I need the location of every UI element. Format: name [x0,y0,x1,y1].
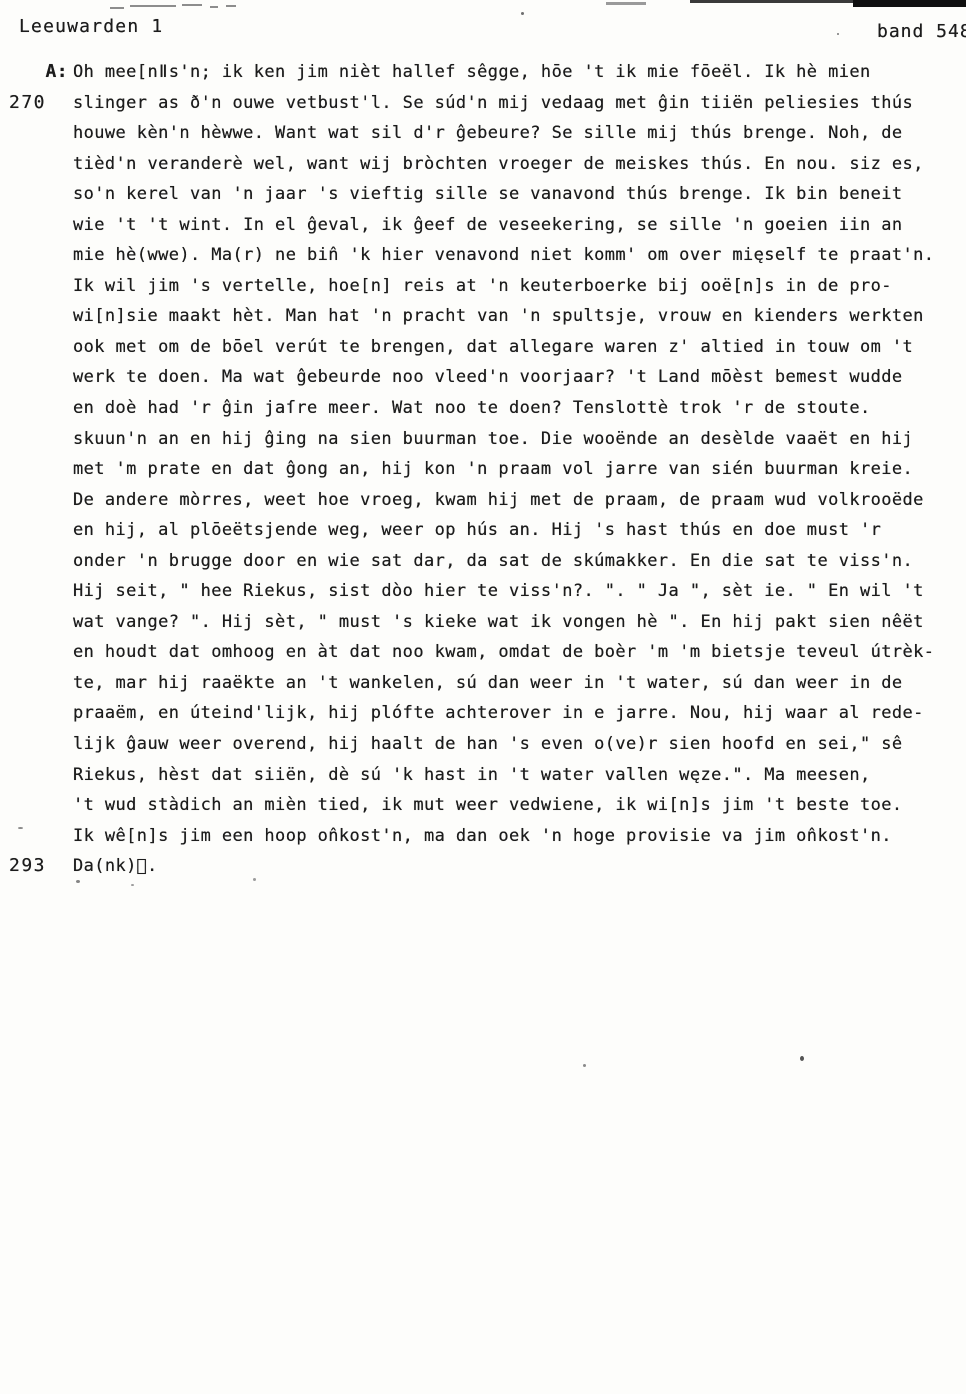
line-text: tièd'n veranderè wel, want wij bròchten … [73,149,924,180]
scanned-document-page: { "colors": { "ink": "#1c1c1c", "paper":… [0,0,966,1394]
line-number: 293 [0,851,46,882]
transcript-line: A: Oh mee[nǁs'n; ik ken jim nièt hallef … [0,57,966,88]
ink-speck [583,1064,586,1067]
line-text: slinger as ð'n ouwe vetbust'l. Se súd'n … [73,88,913,119]
line-gutter [0,637,73,668]
transcript-line: so'n kerel van 'n jaar 's vieftig sille … [0,179,966,210]
transcript-line: wi[n]sie maakt hèt. Man hat 'n pracht va… [0,301,966,332]
line-text: 't wud stàdich an mièn tied, ik mut weer… [73,790,903,821]
scan-edge-dash [606,2,646,5]
transcript-line: praaëm, en úteind'lijk, hij plófte achte… [0,698,966,729]
line-gutter [0,240,73,271]
transcript-line: lijk ĝauw weer overend, hij haalt de han… [0,729,966,760]
line-text: Oh mee[nǁs'n; ik ken jim nièt hallef sêg… [73,57,871,88]
transcript: A: Oh mee[nǁs'n; ik ken jim nièt hallef … [0,57,966,882]
line-gutter [0,698,73,729]
line-gutter [0,393,73,424]
line-text: Hij seit, " hee Riekus, sist dòo hier te… [73,576,924,607]
band-number-label: band 548 [877,21,966,42]
transcript-line: werk te doen. Ma wat ĝebeurde noo vleed'… [0,362,966,393]
pencil-mark [182,4,202,6]
line-text: wi[n]sie maakt hèt. Man hat 'n pracht va… [73,301,924,332]
transcript-line: te, mar hij raaëkte an 't wankelen, sú d… [0,668,966,699]
line-text: so'n kerel van 'n jaar 's vieftig sille … [73,179,903,210]
line-number: 270 [0,88,46,119]
line-text: werk te doen. Ma wat ĝebeurde noo vleed'… [73,362,903,393]
transcript-line: 270 slinger as ð'n ouwe vetbust'l. Se sú… [0,88,966,119]
line-gutter [0,821,73,852]
line-gutter [0,210,73,241]
line-gutter [0,668,73,699]
transcript-line: skuun'n an en hij ĝing na sien buurman t… [0,424,966,455]
transcript-line: Ik wil jim 's vertelle, hoe[n] reis at '… [0,271,966,302]
line-gutter [0,332,73,363]
ink-speck [521,12,524,15]
transcript-line: 't wud stàdich an mièn tied, ik mut weer… [0,790,966,821]
line-gutter: 270 [0,88,73,119]
transcript-line: De andere mòrres, weet hoe vroeg, kwam h… [0,485,966,516]
transcript-line: en hij, al plōeëtsjende weg, weer op hús… [0,515,966,546]
ink-speck [837,33,839,35]
line-gutter [0,576,73,607]
line-text: ook met om de bōel verút te brengen, dat… [73,332,913,363]
line-gutter [0,118,73,149]
line-gutter [0,760,73,791]
line-gutter [0,362,73,393]
transcript-line: wie 't 't wint. In el ĝeval, ik ĝeef de … [0,210,966,241]
line-gutter [0,515,73,546]
line-gutter: A: [0,57,73,88]
line-gutter: 293 [0,851,73,882]
transcript-line: mie hè(wwe). Ma(r) ne bin̂ 'k hier venav… [0,240,966,271]
line-text: wat vange? ". Hij sèt, " must 's kieke w… [73,607,924,638]
transcript-line: ook met om de bōel verút te brengen, dat… [0,332,966,363]
pencil-mark [130,5,176,7]
line-text: Ik wil jim 's vertelle, hoe[n] reis at '… [73,271,892,302]
line-gutter [0,485,73,516]
line-text: wie 't 't wint. In el ĝeval, ik ĝeef de … [73,210,903,241]
pencil-mark [226,5,236,7]
transcript-line: Riekus, hèst dat siiën, dè sú 'k hast in… [0,760,966,791]
pencil-mark [110,7,124,9]
line-gutter [0,179,73,210]
line-text: Da(nk)⃒. [73,851,158,882]
line-gutter [0,729,73,760]
line-text: Ik wê[n]s jim een hoop on̂kost'n, ma dan… [73,821,892,852]
transcript-line: wat vange? ". Hij sèt, " must 's kieke w… [0,607,966,638]
line-text: en doè had 'r ĝin jaſre meer. Wat noo te… [73,393,871,424]
line-text: lijk ĝauw weer overend, hij haalt de han… [73,729,903,760]
line-text: te, mar hij raaëkte an 't wankelen, sú d… [73,668,903,699]
transcript-line: 293 Da(nk)⃒. [0,851,966,882]
page-title: Leeuwarden 1 [19,16,163,37]
line-gutter [0,607,73,638]
speaker-label: A: [46,57,73,88]
line-text: Riekus, hèst dat siiën, dè sú 'k hast in… [73,760,871,791]
line-gutter [0,790,73,821]
transcript-line: onder 'n brugge door en wie sat dar, da … [0,546,966,577]
line-gutter [0,301,73,332]
ink-speck [131,884,134,886]
ink-speck [800,1056,804,1061]
line-text: en hij, al plōeëtsjende weg, weer op hús… [73,515,881,546]
line-gutter [0,546,73,577]
line-text: mie hè(wwe). Ma(r) ne bin̂ 'k hier venav… [73,240,934,271]
line-gutter [0,271,73,302]
line-text: skuun'n an en hij ĝing na sien buurman t… [73,424,913,455]
line-text: De andere mòrres, weet hoe vroeg, kwam h… [73,485,924,516]
transcript-line: Ik wê[n]s jim een hoop on̂kost'n, ma dan… [0,821,966,852]
transcript-line: en houdt dat omhoog en àt dat noo kwam, … [0,637,966,668]
line-text: onder 'n brugge door en wie sat dar, da … [73,546,913,577]
line-gutter [0,149,73,180]
transcript-line: Hij seit, " hee Riekus, sist dòo hier te… [0,576,966,607]
transcript-line: tièd'n veranderè wel, want wij bròchten … [0,149,966,180]
line-text: houwe kèn'n hèwwe. Want wat sil d'r ĝebe… [73,118,903,149]
line-gutter [0,424,73,455]
transcript-line: met 'm prate en dat ĝong an, hij kon 'n … [0,454,966,485]
line-text: praaëm, en úteind'lijk, hij plófte achte… [73,698,924,729]
pencil-mark [210,6,218,8]
transcript-line: en doè had 'r ĝin jaſre meer. Wat noo te… [0,393,966,424]
line-gutter [0,454,73,485]
line-text: en houdt dat omhoog en àt dat noo kwam, … [73,637,934,668]
scan-edge-bar-dark [853,0,966,7]
line-text: met 'm prate en dat ĝong an, hij kon 'n … [73,454,913,485]
transcript-line: houwe kèn'n hèwwe. Want wat sil d'r ĝebe… [0,118,966,149]
